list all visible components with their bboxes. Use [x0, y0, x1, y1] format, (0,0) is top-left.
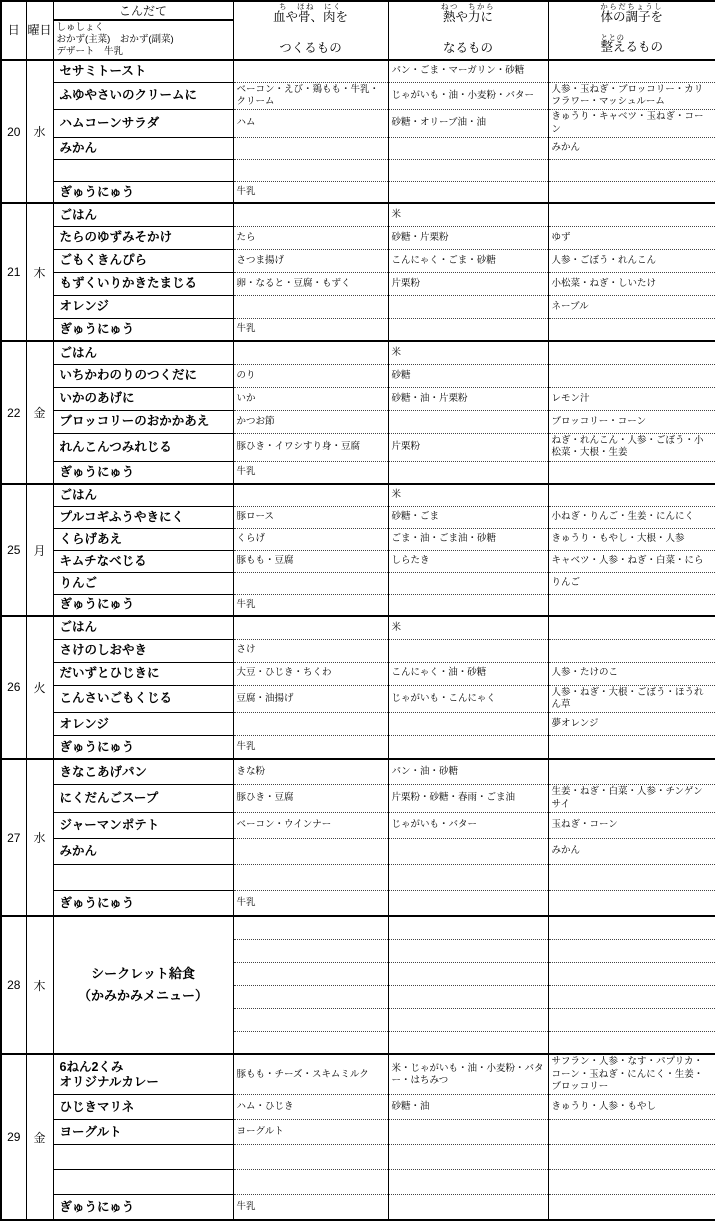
- ingredient-energy: [388, 295, 548, 318]
- ingredient-condition: [548, 1145, 715, 1170]
- ingredient-protein: きな粉: [233, 759, 388, 785]
- ingredient-protein: [233, 295, 388, 318]
- menu-item: にくだんごスープ: [53, 785, 233, 813]
- menu-item: こんさいごもくじる: [53, 685, 233, 713]
- ingredient-energy: [388, 1031, 548, 1054]
- header-energy-subtitle: なるもの: [389, 42, 548, 56]
- ingredient-energy: じゃがいも・こんにゃく: [388, 685, 548, 713]
- menu-item: ブロッコリーのおかかあえ: [53, 410, 233, 433]
- ingredient-condition: りんご: [548, 572, 715, 594]
- ingredient-protein: [233, 1170, 388, 1195]
- ingredient-energy: こんにゃく・ごま・砂糖: [388, 249, 548, 272]
- ingredient-energy: 砂糖・ごま: [388, 506, 548, 528]
- ingredient-protein: 牛乳: [233, 181, 388, 203]
- ingredient-energy: [388, 916, 548, 939]
- ingredient-energy: じゃがいも・バター: [388, 812, 548, 838]
- menu-item: みかん: [53, 838, 233, 864]
- ingredient-protein: ベーコン・えび・鶏もも・牛乳・クリーム: [233, 82, 388, 110]
- menu-item: 6ねん2くみ オリジナルカレー: [53, 1054, 233, 1095]
- ingredient-protein: [233, 1145, 388, 1170]
- ingredient-energy: [388, 1195, 548, 1220]
- menu-sub-line-2: おかず(主菜) おかず(副菜): [57, 34, 230, 46]
- ingredient-protein: くらげ: [233, 528, 388, 550]
- ingredient-energy: [388, 410, 548, 433]
- ingredient-energy: 砂糖・オリーブ油・油: [388, 110, 548, 138]
- menu-item: れんこんつみれじる: [53, 433, 233, 461]
- ingredient-protein: 豆腐・油揚げ: [233, 685, 388, 713]
- ingredient-energy: ごま・油・ごま油・砂糖: [388, 528, 548, 550]
- ingredient-protein: ヨーグルト: [233, 1120, 388, 1145]
- ingredient-protein: [233, 1008, 388, 1031]
- ingredient-protein: 豚ひき・イワシすり身・豆腐: [233, 433, 388, 461]
- ingredient-condition: [548, 1120, 715, 1145]
- ingredient-protein: ハム・ひじき: [233, 1095, 388, 1120]
- ingredient-condition: [548, 594, 715, 616]
- ingredient-protein: 牛乳: [233, 318, 388, 341]
- menu-row: たらのゆずみそかけたら砂糖・片栗粉ゆず: [1, 226, 715, 249]
- ingredient-condition: [548, 890, 715, 916]
- ingredient-condition: ゆず: [548, 226, 715, 249]
- ingredient-condition: 人参・ねぎ・大根・ごぼう・ほうれん草: [548, 685, 715, 713]
- menu-sub-line-3: デザート 牛乳: [57, 46, 230, 58]
- ingredient-energy: [388, 1120, 548, 1145]
- ingredient-energy: [388, 318, 548, 341]
- ingredient-protein: さけ: [233, 639, 388, 662]
- menu-item: ぎゅうにゅう: [53, 181, 233, 203]
- ingredient-protein: [233, 985, 388, 1008]
- ingredient-condition: レモン汁: [548, 387, 715, 410]
- ingredient-condition: 人参・たけのこ: [548, 662, 715, 685]
- ingredient-protein: [233, 137, 388, 159]
- menu-row: くらげあえくらげごま・油・ごま油・砂糖きゅうり・もやし・大根・人参: [1, 528, 715, 550]
- menu-item: たらのゆずみそかけ: [53, 226, 233, 249]
- ingredient-energy: 砂糖: [388, 364, 548, 387]
- ingredient-condition: 夢オレンジ: [548, 713, 715, 736]
- menu-item: いかのあげに: [53, 387, 233, 410]
- ingredient-condition: キャベツ・人参・ねぎ・白菜・にら: [548, 550, 715, 572]
- ingredient-protein: 豚もも・豆腐: [233, 550, 388, 572]
- ingredient-energy: 米・じゃがいも・油・小麦粉・バター・はちみつ: [388, 1054, 548, 1095]
- header-energy-title: 熱や力に: [389, 11, 548, 25]
- menu-row: キムチなべじる豚もも・豆腐しらたきキャベツ・人参・ねぎ・白菜・にら: [1, 550, 715, 572]
- menu-row: オレンジ夢オレンジ: [1, 713, 715, 736]
- header-menu-subtitle: しゅしょく おかず(主菜) おかず(副菜) デザート 牛乳: [53, 20, 233, 60]
- menu-row: ぎゅうにゅう牛乳: [1, 890, 715, 916]
- menu-row: 22金ごはん米: [1, 341, 715, 364]
- ingredient-condition: [548, 1008, 715, 1031]
- ingredient-protein: [233, 341, 388, 364]
- menu-item: [53, 1145, 233, 1170]
- header-protein-group: ち ほね にく 血や骨、肉を つくるもの: [233, 1, 388, 60]
- menu-item: ごはん: [53, 616, 233, 639]
- ingredient-condition: [548, 461, 715, 484]
- menu-item: ごはん: [53, 484, 233, 506]
- menu-item: ごはん: [53, 203, 233, 226]
- ingredient-energy: しらたき: [388, 550, 548, 572]
- menu-row: ぎゅうにゅう牛乳: [1, 318, 715, 341]
- menu-item: ぎゅうにゅう: [53, 736, 233, 759]
- menu-row: 26火ごはん米: [1, 616, 715, 639]
- ingredient-energy: [388, 1170, 548, 1195]
- ingredient-condition: 人参・玉ねぎ・ブロッコリー・カリフラワー・マッシュルーム: [548, 82, 715, 110]
- ingredient-condition: [548, 484, 715, 506]
- ingredient-energy: [388, 939, 548, 962]
- menu-item: オレンジ: [53, 713, 233, 736]
- menu-item: ヨーグルト: [53, 1120, 233, 1145]
- menu-item: ハムコーンサラダ: [53, 110, 233, 138]
- menu-row: オレンジネーブル: [1, 295, 715, 318]
- menu-item: プルコギふうやきにく: [53, 506, 233, 528]
- ingredient-condition: [548, 1031, 715, 1054]
- menu-row: ぎゅうにゅう牛乳: [1, 181, 715, 203]
- ingredient-protein: たら: [233, 226, 388, 249]
- ingredient-protein: [233, 939, 388, 962]
- menu-row: れんこんつみれじる豚ひき・イワシすり身・豆腐片栗粉ねぎ・れんこん・人参・ごぼう・…: [1, 433, 715, 461]
- menu-item: もずくいりかきたまじる: [53, 272, 233, 295]
- ingredient-energy: [388, 962, 548, 985]
- weekday: 金: [26, 1054, 53, 1220]
- ingredient-protein: 牛乳: [233, 461, 388, 484]
- ingredient-energy: 米: [388, 203, 548, 226]
- weekday: 金: [26, 341, 53, 484]
- ingredient-protein: 牛乳: [233, 1195, 388, 1220]
- menu-row: ぎゅうにゅう牛乳: [1, 461, 715, 484]
- ingredient-protein: [233, 484, 388, 506]
- ingredient-condition: [548, 341, 715, 364]
- menu-row: ぎゅうにゅう牛乳: [1, 1195, 715, 1220]
- menu-row: 27水きなこあげパンきな粉パン・油・砂糖: [1, 759, 715, 785]
- menu-item: ジャーマンポテト: [53, 812, 233, 838]
- menu-item: ぎゅうにゅう: [53, 594, 233, 616]
- ingredient-energy: [388, 181, 548, 203]
- menu-row: さけのしおやきさけ: [1, 639, 715, 662]
- ingredient-condition: ねぎ・れんこん・人参・ごぼう・小松菜・大根・生姜: [548, 433, 715, 461]
- ingredient-protein: [233, 1031, 388, 1054]
- ingredient-condition: [548, 985, 715, 1008]
- ingredient-condition: 生姜・ねぎ・白菜・人参・チンゲンサイ: [548, 785, 715, 813]
- menu-item: ぎゅうにゅう: [53, 890, 233, 916]
- header-energy-group: ねつ ちから 熱や力に なるもの: [388, 1, 548, 60]
- day-number: 20: [1, 60, 26, 203]
- menu-row: にくだんごスープ豚ひき・豆腐片栗粉・砂糖・春雨・ごま油生姜・ねぎ・白菜・人参・チ…: [1, 785, 715, 813]
- ingredient-condition: [548, 864, 715, 890]
- ingredient-protein: ハム: [233, 110, 388, 138]
- ingredient-energy: パン・油・砂糖: [388, 759, 548, 785]
- menu-table-body: 20水セサミトーストパン・ごま・マーガリン・砂糖ふゆやさいのクリームにベーコン・…: [1, 60, 715, 1220]
- ingredient-energy: 砂糖・油: [388, 1095, 548, 1120]
- header-condition-subtitle: 整えるもの: [600, 41, 663, 55]
- ingredient-energy: [388, 864, 548, 890]
- menu-row: 21木ごはん米: [1, 203, 715, 226]
- ingredient-condition: きゅうり・キャベツ・玉ねぎ・コーン: [548, 110, 715, 138]
- ingredient-condition: きゅうり・もやし・大根・人参: [548, 528, 715, 550]
- menu-row: ヨーグルトヨーグルト: [1, 1120, 715, 1145]
- ingredient-energy: [388, 890, 548, 916]
- menu-item: きなこあげパン: [53, 759, 233, 785]
- menu-item: くらげあえ: [53, 528, 233, 550]
- day-number: 27: [1, 759, 26, 917]
- ingredient-protein: のり: [233, 364, 388, 387]
- ingredient-energy: [388, 572, 548, 594]
- ingredient-energy: [388, 838, 548, 864]
- ingredient-condition: [548, 1170, 715, 1195]
- ingredient-condition: [548, 962, 715, 985]
- menu-item: セサミトースト: [53, 60, 233, 82]
- menu-row: だいずとひじきに大豆・ひじき・ちくわこんにゃく・油・砂糖人参・たけのこ: [1, 662, 715, 685]
- header-condition-group: からだちょうし 体の調子を ととの 整えるもの: [548, 1, 715, 60]
- ingredient-protein: 牛乳: [233, 736, 388, 759]
- day-number: 22: [1, 341, 26, 484]
- ingredient-protein: 豚もも・チーズ・スキムミルク: [233, 1054, 388, 1095]
- menu-row: 25月ごはん米: [1, 484, 715, 506]
- menu-item: ごはん: [53, 341, 233, 364]
- ingredient-energy: 片栗粉: [388, 272, 548, 295]
- ingredient-energy: [388, 713, 548, 736]
- ingredient-condition: 小松菜・ねぎ・しいたけ: [548, 272, 715, 295]
- header-protein-subtitle: つくるもの: [234, 42, 388, 56]
- ingredient-condition: [548, 181, 715, 203]
- menu-sub-line-1: しゅしょく: [57, 22, 230, 34]
- menu-item: みかん: [53, 137, 233, 159]
- ingredient-energy: 米: [388, 616, 548, 639]
- menu-item: [53, 1170, 233, 1195]
- menu-item: ひじきマリネ: [53, 1095, 233, 1120]
- ingredient-condition: サフラン・人参・なす・パプリカ・コーン・玉ねぎ・にんにく・生姜・ブロッコリー: [548, 1054, 715, 1095]
- menu-item: ぎゅうにゅう: [53, 461, 233, 484]
- ingredient-condition: [548, 639, 715, 662]
- menu-row: こんさいごもくじる豆腐・油揚げじゃがいも・こんにゃく人参・ねぎ・大根・ごぼう・ほ…: [1, 685, 715, 713]
- ingredient-energy: パン・ごま・マーガリン・砂糖: [388, 60, 548, 82]
- ingredient-protein: [233, 616, 388, 639]
- weekday: 水: [26, 759, 53, 917]
- ingredient-protein: 牛乳: [233, 890, 388, 916]
- ingredient-protein: 豚ひき・豆腐: [233, 785, 388, 813]
- ingredient-energy: 米: [388, 484, 548, 506]
- menu-item: ぎゅうにゅう: [53, 318, 233, 341]
- menu-row: みかんみかん: [1, 838, 715, 864]
- ingredient-protein: ベーコン・ウインナー: [233, 812, 388, 838]
- menu-row: いちかわのりのつくだにのり砂糖: [1, 364, 715, 387]
- ingredient-protein: かつお節: [233, 410, 388, 433]
- header-weekday: 曜日: [26, 1, 53, 60]
- ingredient-energy: [388, 985, 548, 1008]
- ingredient-energy: 砂糖・片栗粉: [388, 226, 548, 249]
- ingredient-protein: 豚ロース: [233, 506, 388, 528]
- menu-item: だいずとひじきに: [53, 662, 233, 685]
- ingredient-energy: こんにゃく・油・砂糖: [388, 662, 548, 685]
- ingredient-condition: [548, 318, 715, 341]
- menu-item: ぎゅうにゅう: [53, 1195, 233, 1220]
- ingredient-energy: 片栗粉: [388, 433, 548, 461]
- menu-item: いちかわのりのつくだに: [53, 364, 233, 387]
- header-menu-title: こんだて: [53, 1, 233, 20]
- ingredient-condition: [548, 1195, 715, 1220]
- ingredient-energy: [388, 1008, 548, 1031]
- menu-row: ジャーマンポテトベーコン・ウインナーじゃがいも・バター玉ねぎ・コーン: [1, 812, 715, 838]
- ingredient-protein: 大豆・ひじき・ちくわ: [233, 662, 388, 685]
- ingredient-condition: みかん: [548, 838, 715, 864]
- weekday: 月: [26, 484, 53, 616]
- ingredient-energy: [388, 1145, 548, 1170]
- header-condition-title: 体の調子を: [549, 11, 715, 25]
- ingredient-energy: [388, 639, 548, 662]
- menu-row: りんごりんご: [1, 572, 715, 594]
- ingredient-condition: [548, 736, 715, 759]
- menu-row: [1, 159, 715, 181]
- menu-item: オレンジ: [53, 295, 233, 318]
- ingredient-protein: [233, 572, 388, 594]
- ingredient-condition: 小ねぎ・りんご・生姜・にんにく: [548, 506, 715, 528]
- menu-row: 29金6ねん2くみ オリジナルカレー豚もも・チーズ・スキムミルク米・じゃがいも・…: [1, 1054, 715, 1095]
- ingredient-protein: 卵・なると・豆腐・もずく: [233, 272, 388, 295]
- menu-row: みかんみかん: [1, 137, 715, 159]
- menu-row: 28木シークレット給食 （かみかみメニュー）: [1, 916, 715, 939]
- ingredient-condition: [548, 60, 715, 82]
- menu-item: さけのしおやき: [53, 639, 233, 662]
- ingredient-condition: 玉ねぎ・コーン: [548, 812, 715, 838]
- day-number: 29: [1, 1054, 26, 1220]
- ingredient-energy: 砂糖・油・片栗粉: [388, 387, 548, 410]
- ingredient-energy: 米: [388, 341, 548, 364]
- ingredient-condition: [548, 916, 715, 939]
- ingredient-protein: [233, 864, 388, 890]
- menu-row: [1, 1170, 715, 1195]
- header-protein-title: 血や骨、肉を: [234, 11, 388, 25]
- weekday: 木: [26, 203, 53, 341]
- menu-item: ごもくきんぴら: [53, 249, 233, 272]
- menu-item: ふゆやさいのクリームに: [53, 82, 233, 110]
- menu-item: [53, 159, 233, 181]
- ingredient-protein: [233, 203, 388, 226]
- ingredient-protein: [233, 916, 388, 939]
- menu-row: ブロッコリーのおかかあえかつお節ブロッコリー・コーン: [1, 410, 715, 433]
- ingredient-energy: 片栗粉・砂糖・春雨・ごま油: [388, 785, 548, 813]
- menu-item: キムチなべじる: [53, 550, 233, 572]
- header-day: 日: [1, 1, 26, 60]
- menu-row: ぎゅうにゅう牛乳: [1, 736, 715, 759]
- ingredient-protein: [233, 962, 388, 985]
- menu-row: プルコギふうやきにく豚ロース砂糖・ごま小ねぎ・りんご・生姜・にんにく: [1, 506, 715, 528]
- menu-item: [53, 864, 233, 890]
- day-number: 26: [1, 616, 26, 759]
- ingredient-condition: [548, 364, 715, 387]
- ingredient-condition: ブロッコリー・コーン: [548, 410, 715, 433]
- weekday: 水: [26, 60, 53, 203]
- ingredient-energy: [388, 594, 548, 616]
- menu-row: [1, 1145, 715, 1170]
- ingredient-condition: 人参・ごぼう・れんこん: [548, 249, 715, 272]
- ingredient-protein: 牛乳: [233, 594, 388, 616]
- menu-row: ぎゅうにゅう牛乳: [1, 594, 715, 616]
- ingredient-condition: きゅうり・人参・もやし: [548, 1095, 715, 1120]
- ingredient-energy: [388, 137, 548, 159]
- day-number: 21: [1, 203, 26, 341]
- ingredient-energy: [388, 736, 548, 759]
- menu-item: りんご: [53, 572, 233, 594]
- menu-row: ごもくきんぴらさつま揚げこんにゃく・ごま・砂糖人参・ごぼう・れんこん: [1, 249, 715, 272]
- day-number: 25: [1, 484, 26, 616]
- ingredient-condition: ネーブル: [548, 295, 715, 318]
- menu-row: ハムコーンサラダハム砂糖・オリーブ油・油きゅうり・キャベツ・玉ねぎ・コーン: [1, 110, 715, 138]
- menu-row: もずくいりかきたまじる卵・なると・豆腐・もずく片栗粉小松菜・ねぎ・しいたけ: [1, 272, 715, 295]
- weekday: 木: [26, 916, 53, 1054]
- ingredient-condition: [548, 759, 715, 785]
- ingredient-energy: [388, 159, 548, 181]
- ingredient-protein: [233, 713, 388, 736]
- ingredient-protein: [233, 60, 388, 82]
- menu-item-special: シークレット給食 （かみかみメニュー）: [53, 916, 233, 1054]
- ingredient-protein: [233, 838, 388, 864]
- day-number: 28: [1, 916, 26, 1054]
- lunch-menu-table: 日 曜日 こんだて ち ほね にく 血や骨、肉を つくるもの ねつ ちから 熱や…: [0, 0, 715, 1221]
- ingredient-condition: みかん: [548, 137, 715, 159]
- ingredient-condition: [548, 203, 715, 226]
- menu-row: 20水セサミトーストパン・ごま・マーガリン・砂糖: [1, 60, 715, 82]
- menu-row: いかのあげにいか砂糖・油・片栗粉レモン汁: [1, 387, 715, 410]
- menu-row: ふゆやさいのクリームにベーコン・えび・鶏もも・牛乳・クリームじゃがいも・油・小麦…: [1, 82, 715, 110]
- menu-row: [1, 864, 715, 890]
- ingredient-protein: いか: [233, 387, 388, 410]
- ingredient-protein: さつま揚げ: [233, 249, 388, 272]
- ingredient-condition: [548, 939, 715, 962]
- ingredient-condition: [548, 159, 715, 181]
- menu-row: ひじきマリネハム・ひじき砂糖・油きゅうり・人参・もやし: [1, 1095, 715, 1120]
- ingredient-condition: [548, 616, 715, 639]
- ingredient-energy: じゃがいも・油・小麦粉・バター: [388, 82, 548, 110]
- weekday: 火: [26, 616, 53, 759]
- ingredient-protein: [233, 159, 388, 181]
- ingredient-energy: [388, 461, 548, 484]
